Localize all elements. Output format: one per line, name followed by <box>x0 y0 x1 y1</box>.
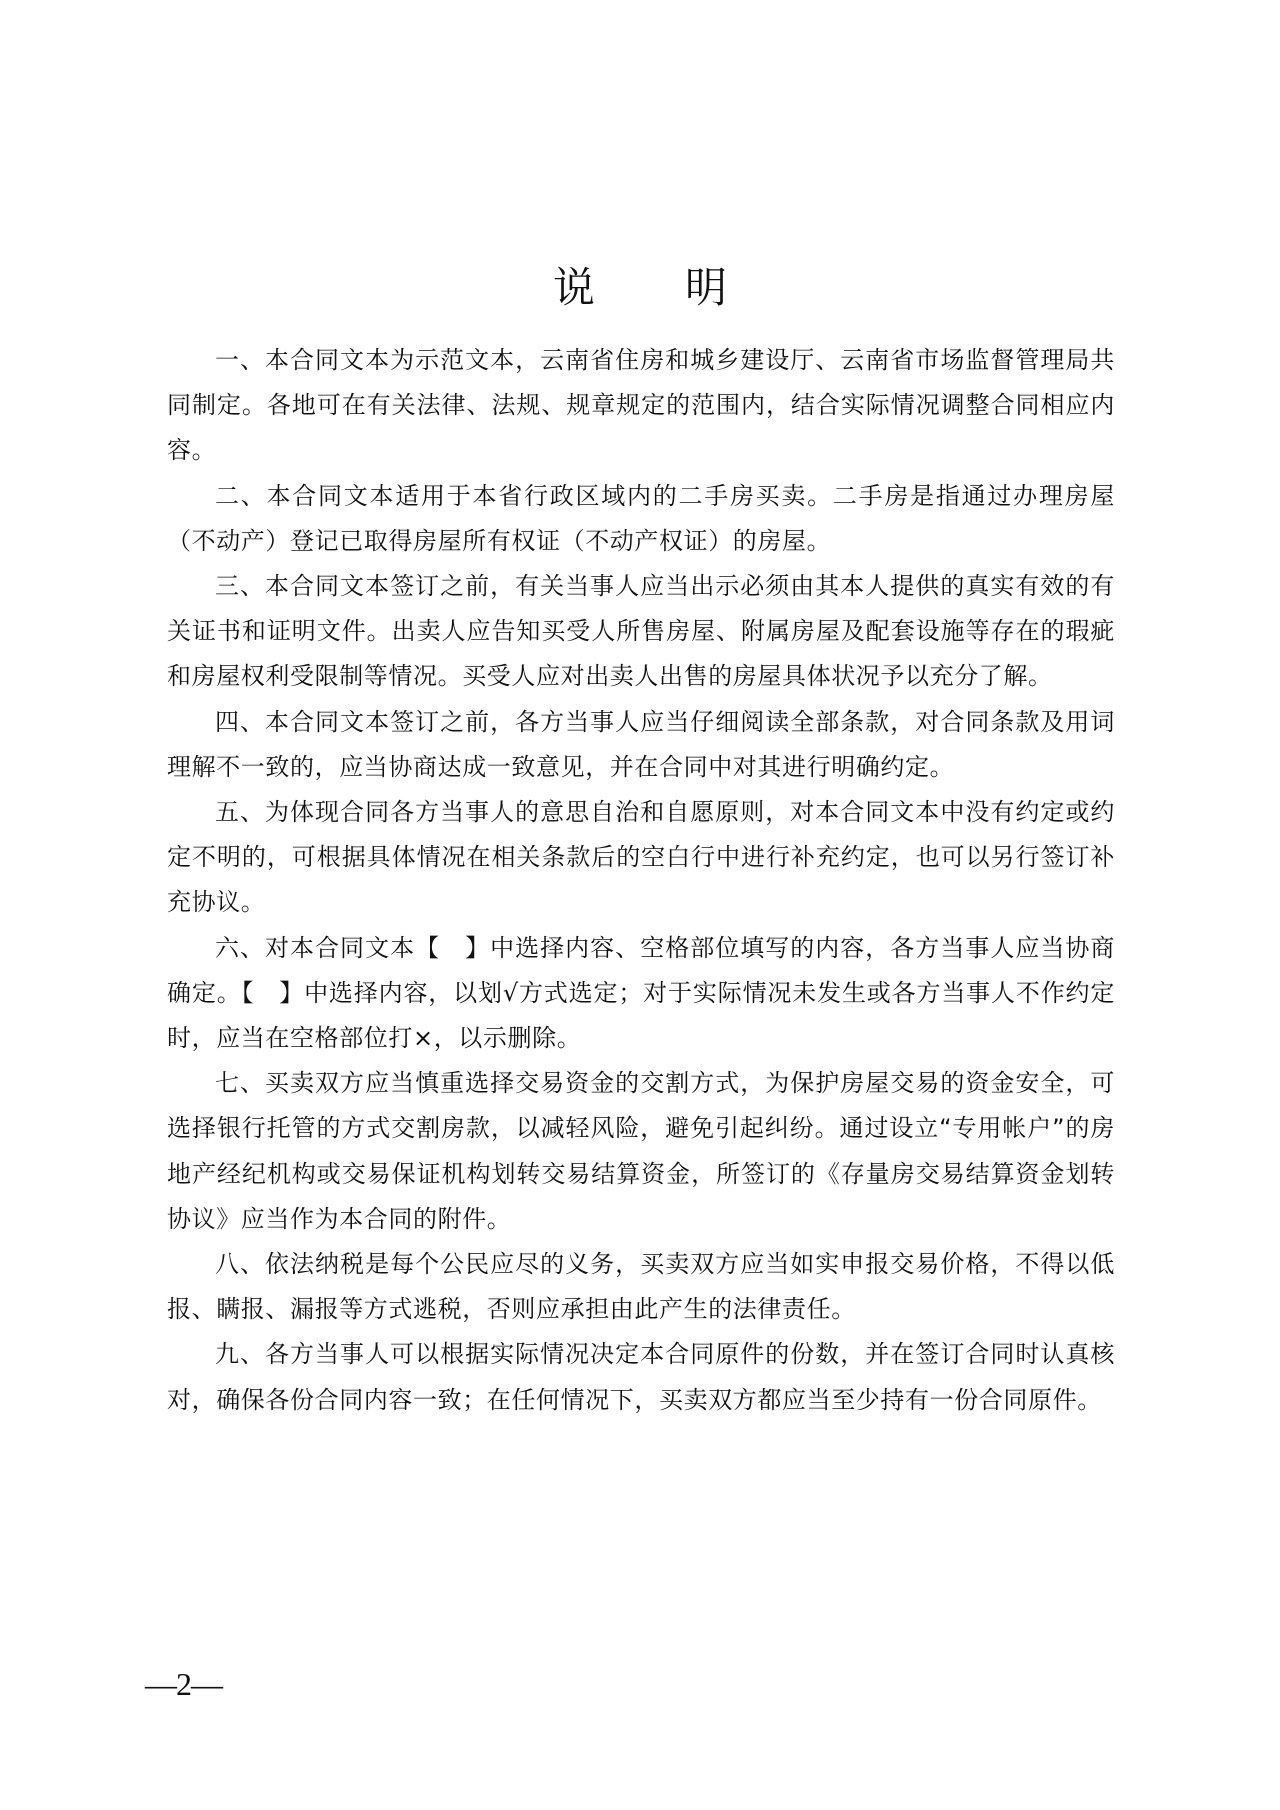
instructions-body: 一、本合同文本为示范文本，云南省住房和城乡建设厅、云南省市场监督管理局共同制定。… <box>167 338 1115 1423</box>
paragraph-1: 一、本合同文本为示范文本，云南省住房和城乡建设厅、云南省市场监督管理局共同制定。… <box>167 338 1115 474</box>
page-number: —2— <box>145 1666 222 1702</box>
paragraph-5: 五、为体现合同各方当事人的意思自治和自愿原则，对本合同文本中没有约定或约定不明的… <box>167 790 1115 926</box>
paragraph-4: 四、本合同文本签订之前，各方当事人应当仔细阅读全部条款，对合同条款及用词理解不一… <box>167 700 1115 790</box>
title-char-right: 明 <box>685 263 727 312</box>
page-title: 说明 <box>0 262 1280 314</box>
paragraph-7: 七、买卖双方应当慎重选择交易资金的交割方式，为保护房屋交易的资金安全，可选择银行… <box>167 1061 1115 1242</box>
paragraph-2: 二、本合同文本适用于本省行政区域内的二手房买卖。二手房是指通过办理房屋（不动产）… <box>167 474 1115 564</box>
title-char-left: 说 <box>553 263 595 312</box>
paragraph-3: 三、本合同文本签订之前，有关当事人应当出示必须由其本人提供的真实有效的有关证书和… <box>167 564 1115 700</box>
paragraph-6: 六、对本合同文本【 】中选择内容、空格部位填写的内容，各方当事人应当协商确定。【… <box>167 926 1115 1062</box>
document-page: 说明 一、本合同文本为示范文本，云南省住房和城乡建设厅、云南省市场监督管理局共同… <box>0 0 1280 1810</box>
paragraph-8: 八、依法纳税是每个公民应尽的义务，买卖双方应当如实申报交易价格，不得以低报、瞒报… <box>167 1242 1115 1332</box>
paragraph-9: 九、各方当事人可以根据实际情况决定本合同原件的份数，并在签订合同时认真核对，确保… <box>167 1332 1115 1422</box>
